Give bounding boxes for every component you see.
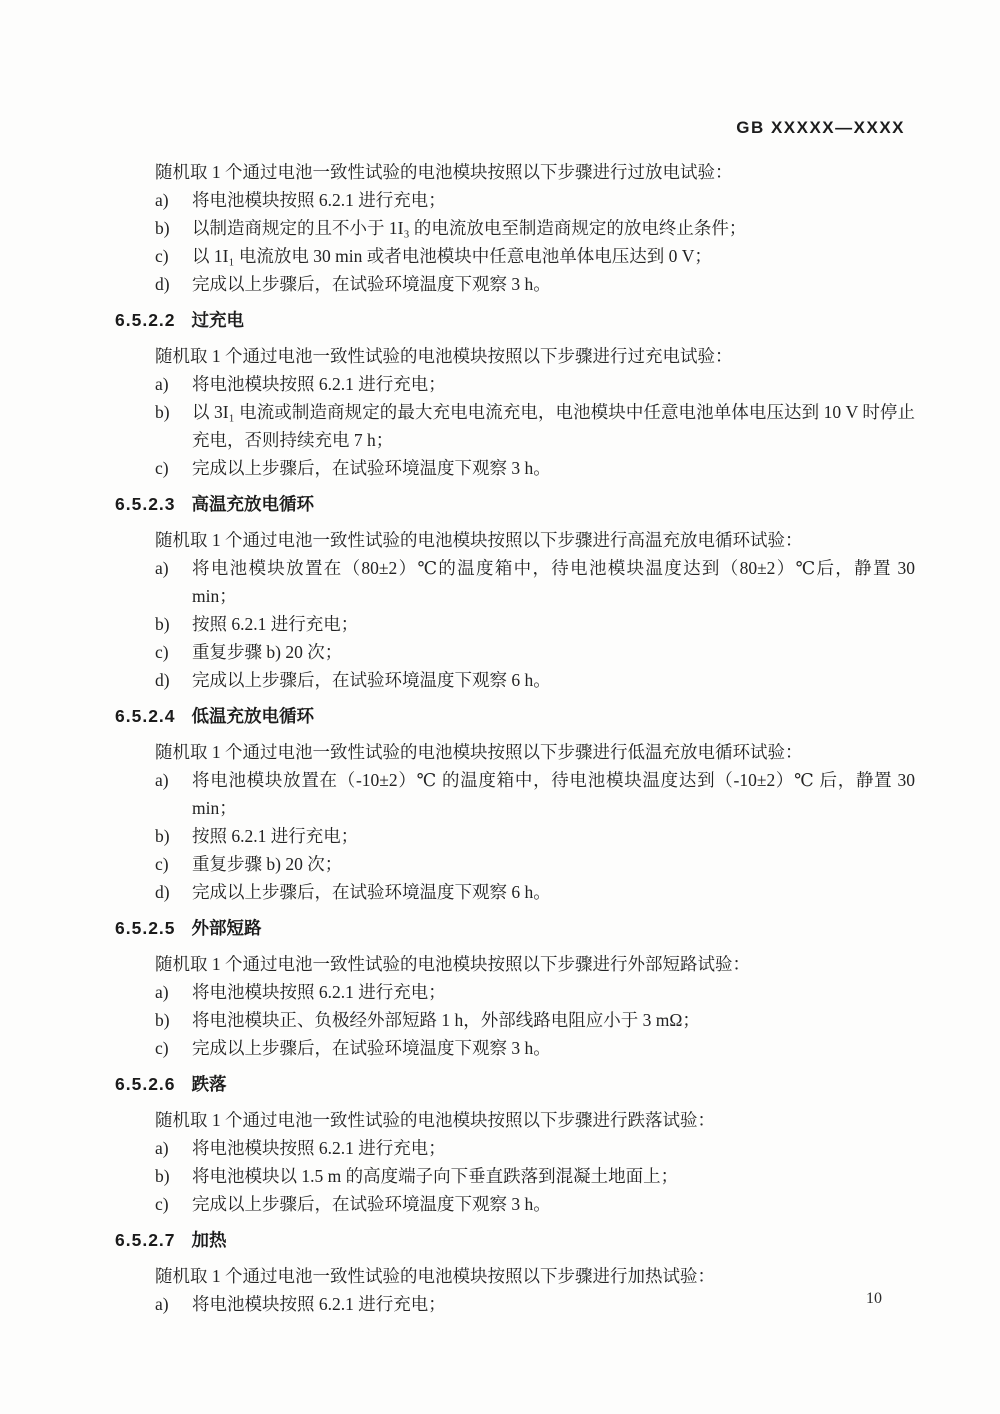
section-number: 6.5.2.5 [115, 918, 176, 938]
step-label: c) [155, 454, 169, 482]
step-label: c) [155, 1034, 169, 1062]
procedure-step: a) 将电池模块按照 6.2.1 进行充电； [155, 1290, 915, 1318]
section-intro: 随机取 1 个通过电池一致性试验的电池模块按照以下步骤进行外部短路试验： [155, 950, 915, 978]
procedure-step: a) 将电池模块按照 6.2.1 进行充电； [155, 370, 915, 398]
step-text: 以 3I₁ 电流或制造商规定的最大充电电流充电，电池模块中任意电池单体电压达到 … [192, 402, 915, 450]
standard-section: 6.5.2.5外部短路 随机取 1 个通过电池一致性试验的电池模块按照以下步骤进… [115, 914, 915, 1062]
step-label: c) [155, 1190, 169, 1218]
section-number: 6.5.2.3 [115, 494, 176, 514]
step-text: 按照 6.2.1 进行充电； [192, 614, 358, 634]
step-label: b) [155, 822, 170, 850]
page-number: 10 [866, 1290, 882, 1308]
section-title: 外部短路 [192, 918, 262, 938]
section-title: 过充电 [192, 310, 245, 330]
standard-section: 6.5.2.7加热 随机取 1 个通过电池一致性试验的电池模块按照以下步骤进行加… [115, 1226, 915, 1318]
step-text: 以制造商规定的且不小于 1I₃ 的电流放电至制造商规定的放电终止条件； [192, 218, 746, 238]
procedure-step: d) 完成以上步骤后，在试验环境温度下观察 6 h。 [155, 878, 915, 906]
step-label: b) [155, 214, 170, 242]
step-label: c) [155, 242, 169, 270]
section-title: 高温充放电循环 [192, 494, 315, 514]
procedure-step: c) 重复步骤 b) 20 次； [155, 850, 915, 878]
step-label: b) [155, 1006, 170, 1034]
document-page: GB XXXXX—XXXX 随机取 1 个通过电池一致性试验的电池模块按照以下步… [0, 0, 1000, 1414]
procedure-step: c) 以 1I₁ 电流放电 30 min 或者电池模块中任意电池单体电压达到 0… [155, 242, 915, 270]
procedure-step: b) 按照 6.2.1 进行充电； [155, 610, 915, 638]
step-text: 完成以上步骤后，在试验环境温度下观察 3 h。 [192, 1194, 551, 1214]
procedure-step: b) 将电池模块正、负极经外部短路 1 h，外部线路电阻应小于 3 mΩ； [155, 1006, 915, 1034]
procedure-step: b) 以 3I₁ 电流或制造商规定的最大充电电流充电，电池模块中任意电池单体电压… [155, 398, 915, 454]
procedure-step: c) 重复步骤 b) 20 次； [155, 638, 915, 666]
section-number: 6.5.2.2 [115, 310, 176, 330]
procedure-step: b) 按照 6.2.1 进行充电； [155, 822, 915, 850]
section-title: 跌落 [192, 1074, 227, 1094]
procedure-step: c) 完成以上步骤后，在试验环境温度下观察 3 h。 [155, 454, 915, 482]
standard-section: 随机取 1 个通过电池一致性试验的电池模块按照以下步骤进行过放电试验： a) 将… [115, 158, 915, 298]
section-heading: 6.5.2.2过充电 [115, 306, 915, 334]
procedure-step: a) 将电池模块放置在（-10±2）℃ 的温度箱中，待电池模块温度达到（-10±… [155, 766, 915, 822]
section-heading: 6.5.2.3高温充放电循环 [115, 490, 915, 518]
step-label: a) [155, 978, 169, 1006]
procedure-step: a) 将电池模块放置在（80±2）℃的温度箱中，待电池模块温度达到（80±2）℃… [155, 554, 915, 610]
procedure-step: c) 完成以上步骤后，在试验环境温度下观察 3 h。 [155, 1034, 915, 1062]
section-heading: 6.5.2.5外部短路 [115, 914, 915, 942]
step-text: 完成以上步骤后，在试验环境温度下观察 3 h。 [192, 458, 551, 478]
step-text: 重复步骤 b) 20 次； [192, 854, 342, 874]
procedure-step: a) 将电池模块按照 6.2.1 进行充电； [155, 978, 915, 1006]
standard-section: 6.5.2.4低温充放电循环 随机取 1 个通过电池一致性试验的电池模块按照以下… [115, 702, 915, 906]
section-number: 6.5.2.4 [115, 706, 176, 726]
step-text: 将电池模块正、负极经外部短路 1 h，外部线路电阻应小于 3 mΩ； [192, 1010, 700, 1030]
section-title: 加热 [192, 1230, 227, 1250]
document-content: 随机取 1 个通过电池一致性试验的电池模块按照以下步骤进行过放电试验： a) 将… [115, 158, 915, 1318]
step-text: 按照 6.2.1 进行充电； [192, 826, 358, 846]
step-label: d) [155, 666, 170, 694]
step-label: a) [155, 186, 169, 214]
section-title: 低温充放电循环 [192, 706, 315, 726]
step-text: 完成以上步骤后，在试验环境温度下观察 3 h。 [192, 274, 551, 294]
step-text: 以 1I₁ 电流放电 30 min 或者电池模块中任意电池单体电压达到 0 V； [192, 246, 712, 266]
section-intro: 随机取 1 个通过电池一致性试验的电池模块按照以下步骤进行过放电试验： [155, 158, 915, 186]
procedure-step: b) 将电池模块以 1.5 m 的高度端子向下垂直跌落到混凝土地面上； [155, 1162, 915, 1190]
procedure-step: d) 完成以上步骤后，在试验环境温度下观察 6 h。 [155, 666, 915, 694]
section-intro: 随机取 1 个通过电池一致性试验的电池模块按照以下步骤进行高温充放电循环试验： [155, 526, 915, 554]
step-label: c) [155, 638, 169, 666]
procedure-step: a) 将电池模块按照 6.2.1 进行充电； [155, 186, 915, 214]
step-text: 将电池模块以 1.5 m 的高度端子向下垂直跌落到混凝土地面上； [192, 1166, 678, 1186]
step-label: c) [155, 850, 169, 878]
step-label: b) [155, 1162, 170, 1190]
step-text: 完成以上步骤后，在试验环境温度下观察 6 h。 [192, 670, 551, 690]
step-text: 将电池模块放置在（-10±2）℃ 的温度箱中，待电池模块温度达到（-10±2）℃… [192, 770, 915, 818]
standard-section: 6.5.2.2过充电 随机取 1 个通过电池一致性试验的电池模块按照以下步骤进行… [115, 306, 915, 482]
procedure-step: b) 以制造商规定的且不小于 1I₃ 的电流放电至制造商规定的放电终止条件； [155, 214, 915, 242]
section-heading: 6.5.2.7加热 [115, 1226, 915, 1254]
section-intro: 随机取 1 个通过电池一致性试验的电池模块按照以下步骤进行过充电试验： [155, 342, 915, 370]
section-number: 6.5.2.6 [115, 1074, 176, 1094]
step-text: 将电池模块按照 6.2.1 进行充电； [192, 1294, 446, 1314]
procedure-step: c) 完成以上步骤后，在试验环境温度下观察 3 h。 [155, 1190, 915, 1218]
step-label: d) [155, 878, 170, 906]
step-label: d) [155, 270, 170, 298]
section-heading: 6.5.2.6跌落 [115, 1070, 915, 1098]
step-label: a) [155, 554, 169, 582]
section-intro: 随机取 1 个通过电池一致性试验的电池模块按照以下步骤进行跌落试验： [155, 1106, 915, 1134]
step-text: 完成以上步骤后，在试验环境温度下观察 6 h。 [192, 882, 551, 902]
step-text: 将电池模块放置在（80±2）℃的温度箱中，待电池模块温度达到（80±2）℃后，静… [192, 558, 915, 606]
step-label: b) [155, 398, 170, 426]
step-label: a) [155, 1290, 169, 1318]
procedure-step: a) 将电池模块按照 6.2.1 进行充电； [155, 1134, 915, 1162]
standard-section: 6.5.2.3高温充放电循环 随机取 1 个通过电池一致性试验的电池模块按照以下… [115, 490, 915, 694]
procedure-step: d) 完成以上步骤后，在试验环境温度下观察 3 h。 [155, 270, 915, 298]
step-label: b) [155, 610, 170, 638]
section-heading: 6.5.2.4低温充放电循环 [115, 702, 915, 730]
step-text: 将电池模块按照 6.2.1 进行充电； [192, 1138, 446, 1158]
standard-code-header: GB XXXXX—XXXX [736, 118, 905, 138]
section-intro: 随机取 1 个通过电池一致性试验的电池模块按照以下步骤进行加热试验： [155, 1262, 915, 1290]
step-label: a) [155, 370, 169, 398]
step-text: 将电池模块按照 6.2.1 进行充电； [192, 982, 446, 1002]
section-number: 6.5.2.7 [115, 1230, 176, 1250]
standard-section: 6.5.2.6跌落 随机取 1 个通过电池一致性试验的电池模块按照以下步骤进行跌… [115, 1070, 915, 1218]
section-intro: 随机取 1 个通过电池一致性试验的电池模块按照以下步骤进行低温充放电循环试验： [155, 738, 915, 766]
step-text: 将电池模块按照 6.2.1 进行充电； [192, 374, 446, 394]
step-text: 重复步骤 b) 20 次； [192, 642, 342, 662]
step-label: a) [155, 766, 169, 794]
step-label: a) [155, 1134, 169, 1162]
step-text: 将电池模块按照 6.2.1 进行充电； [192, 190, 446, 210]
step-text: 完成以上步骤后，在试验环境温度下观察 3 h。 [192, 1038, 551, 1058]
